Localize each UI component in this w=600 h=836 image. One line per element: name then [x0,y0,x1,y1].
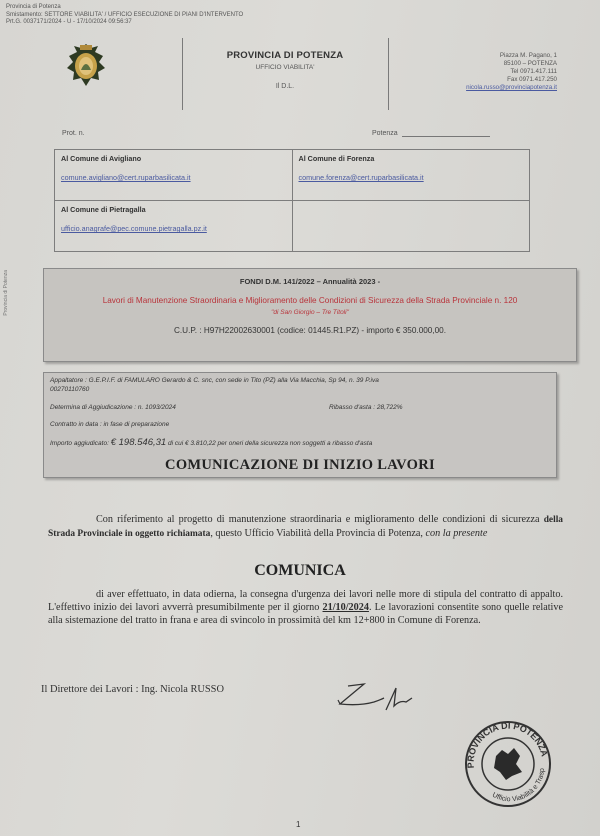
place-label: Potenza [372,130,398,137]
works-subtitle: "di San Giorgio – Tre Titoli" [44,309,576,316]
recipient-email-link[interactable]: comune.avigliano@cert.ruparbasilicata.it [61,173,286,182]
recipient-cell-empty [292,201,530,252]
funding-line: FONDI D.M. 141/2022 – Annualità 2023 - [44,277,576,286]
address-line: Piazza M. Pagano, 1 [466,52,557,60]
recipient-name: Al Comune di Avigliano [61,154,286,163]
recipient-name: Al Comune di Forenza [299,154,524,163]
protocol-stamp: Provincia di Potenza Smistamento: SETTOR… [6,4,243,27]
header-divider-left [182,38,183,110]
stamp-line-1: Provincia di Potenza [6,4,243,12]
start-date: 21/10/2024 [323,602,369,613]
letterhead: PROVINCIA DI POTENZA UFFICIO VIABILITA' … [45,38,565,110]
phone-line: Tel 0971.417.111 [466,68,557,76]
recipient-email-link[interactable]: comune.forenza@cert.ruparbasilicata.it [299,173,524,182]
recipient-cell: Al Comune di Avigliano comune.avigliano@… [55,150,293,201]
office-name: UFFICIO VIABILITA' [185,64,385,71]
recipient-name: Al Comune di Pietragalla [61,205,286,214]
role-label: Il D.L. [185,83,385,90]
contract-info-box: Appaltatore : G.E.P.I.F. di FAMULARO Ger… [43,372,557,478]
stamp-line-3: Prt.G. 0037171/2024 - U - 17/10/2024 09:… [6,19,243,27]
recipient-email-link[interactable]: ufficio.anagrafe@pec.comune.pietragalla.… [61,224,286,233]
stamp-line-2: Smistamento: SETTORE VIABILITA' / UFFICI… [6,12,243,20]
amount-label: Importo aggiudicato: [50,440,109,447]
protocol-number-label: Prot. n. [62,130,85,137]
address-line: 85100 – POTENZA [466,60,557,68]
email-link[interactable]: nicola.russo@provinciapotenza.it [466,84,557,92]
vat-line: 00270110760 [50,386,89,393]
contract-date-line: Contratto in data : in fase di preparazi… [50,421,169,428]
recipient-cell: Al Comune di Pietragalla ufficio.anagraf… [55,201,293,252]
document-title: COMUNICAZIONE DI INIZIO LAVORI [44,457,556,474]
date-blank-line [402,136,490,137]
coat-of-arms-icon [65,42,107,90]
text-run: Con riferimento al progetto di manutenzi… [96,514,544,525]
contact-block: Piazza M. Pagano, 1 85100 – POTENZA Tel … [466,52,557,92]
header-divider-right [388,38,389,110]
amount-value: € 198.546,31 [111,437,166,448]
text-run: , questo Ufficio Viabilità della Provinc… [210,528,425,539]
recipients-table: Al Comune di Avigliano comune.avigliano@… [54,149,530,252]
communication-paragraph: di aver effettuato, in data odierna, la … [48,588,563,627]
amount-detail: di cui € 3.810,22 per oneri della sicure… [168,440,372,447]
works-title: Lavori di Manutenzione Straordinaria e M… [44,296,576,305]
contractor-line: Appaltatore : G.E.P.I.F. di FAMULARO Ger… [50,377,379,384]
discount-line: Ribasso d'asta : 28,722% [329,404,403,411]
fax-line: Fax 0971.417.250 [466,76,557,84]
org-title: PROVINCIA DI POTENZA [185,50,385,61]
comunica-heading: COMUNICA [0,562,600,580]
amount-line: Importo aggiudicato: € 198.546,31 di cui… [50,437,372,448]
determination-line: Determina di Aggiudicazione : n. 1093/20… [50,404,176,411]
cup-line: C.U.P. : H97H22002630001 (codice: 01445.… [44,326,576,335]
page-number: 1 [296,820,300,829]
side-margin-text: Provincia di Potenza [3,270,9,316]
recipient-cell: Al Comune di Forenza comune.forenza@cert… [292,150,530,201]
official-seal-icon: PROVINCIA DI POTENZA Ufficio Viabilità e… [462,718,554,810]
signer-line: Il Direttore dei Lavori : Ing. Nicola RU… [41,684,224,695]
italic-run: con la presente [425,528,487,539]
project-info-box: FONDI D.M. 141/2022 – Annualità 2023 - L… [43,268,577,362]
intro-paragraph: Con riferimento al progetto di manutenzi… [48,513,563,541]
place-date-field: Potenza [372,130,490,137]
signature-icon [330,680,420,716]
document-page: Provincia di Potenza Smistamento: SETTOR… [0,0,600,836]
